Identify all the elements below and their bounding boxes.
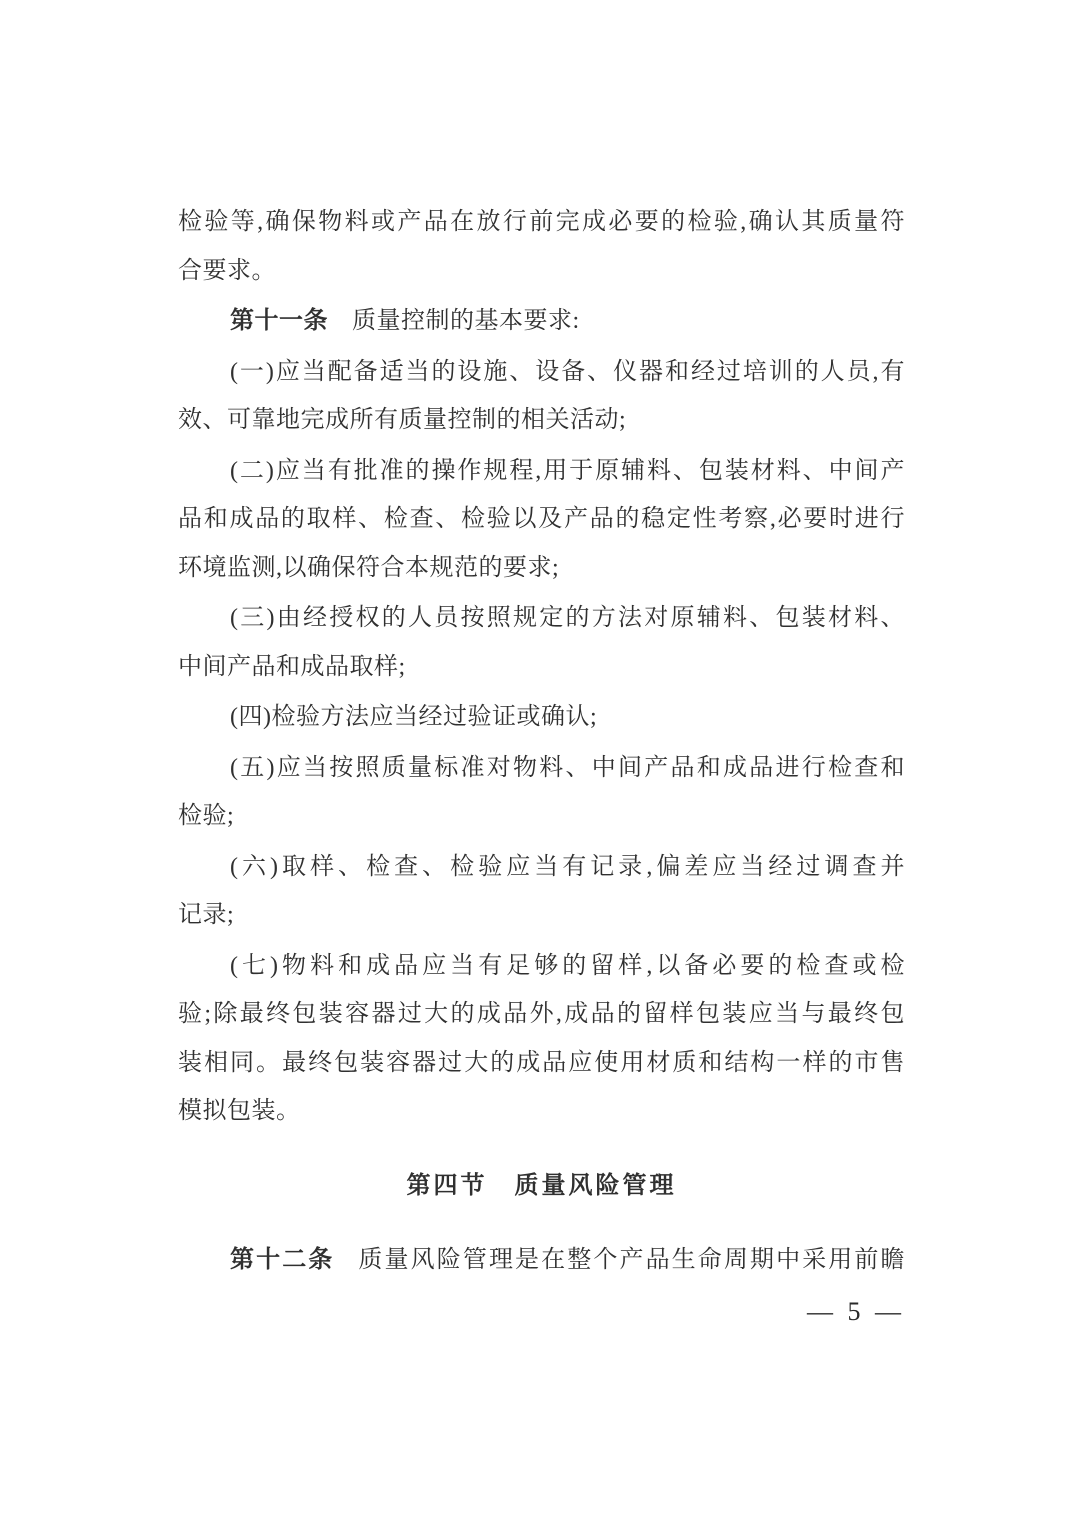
document-body: 检验等,确保物料或产品在放行前完成必要的检验,确认其质量符合要求。第十一条质量控…	[178, 198, 905, 1285]
text-line: 检验等,确保物料或产品在放行前完成必要的检验,确认其质量符	[178, 198, 905, 247]
text-line: 中间产品和成品取样;	[178, 643, 905, 692]
line-text: 环境监测,以确保符合本规范的要求;	[178, 555, 559, 581]
article-number: 第十一条	[230, 308, 328, 334]
line-text: 装相同。最终包装容器过大的成品应使用材质和结构一样的市售	[178, 1050, 905, 1076]
line-text: (五)应当按照质量标准对物料、中间产品和成品进行检查和	[230, 755, 905, 781]
page-number: — 5 —	[807, 1288, 905, 1336]
line-text: (四)检验方法应当经过验证或确认;	[230, 704, 597, 730]
text-line: (二)应当有批准的操作规程,用于原辅料、包装材料、中间产	[178, 447, 905, 496]
line-text: 模拟包装。	[178, 1098, 301, 1124]
text-line: 检验;	[178, 792, 905, 841]
section-heading: 第四节 质量风险管理	[178, 1162, 905, 1211]
line-text: 合要求。	[178, 258, 276, 284]
text-line: (五)应当按照质量标准对物料、中间产品和成品进行检查和	[178, 744, 905, 793]
line-text: (六)取样、检查、检验应当有记录,偏差应当经过调查并	[230, 854, 905, 880]
line-text: 检验等,确保物料或产品在放行前完成必要的检验,确认其质量符	[178, 209, 905, 235]
text-line: 验;除最终包装容器过大的成品外,成品的留样包装应当与最终包	[178, 990, 905, 1039]
text-line: 第十二条质量风险管理是在整个产品生命周期中采用前瞻	[178, 1236, 905, 1285]
text-line: (一)应当配备适当的设施、设备、仪器和经过培训的人员,有	[178, 348, 905, 397]
line-text: 验;除最终包装容器过大的成品外,成品的留样包装应当与最终包	[178, 1001, 905, 1027]
article-number: 第十二条	[230, 1247, 334, 1273]
text-line: 模拟包装。	[178, 1087, 905, 1136]
text-line: (四)检验方法应当经过验证或确认;	[178, 693, 905, 742]
line-text: 记录;	[178, 902, 234, 928]
text-line: (六)取样、检查、检验应当有记录,偏差应当经过调查并	[178, 843, 905, 892]
line-text: (二)应当有批准的操作规程,用于原辅料、包装材料、中间产	[230, 458, 905, 484]
text-line: 效、可靠地完成所有质量控制的相关活动;	[178, 396, 905, 445]
line-text: (一)应当配备适当的设施、设备、仪器和经过培训的人员,有	[230, 359, 905, 385]
text-line: 环境监测,以确保符合本规范的要求;	[178, 544, 905, 593]
text-line: 合要求。	[178, 247, 905, 296]
text-line: (七)物料和成品应当有足够的留样,以备必要的检查或检	[178, 942, 905, 991]
line-text: 质量控制的基本要求:	[352, 308, 580, 334]
line-text: 品和成品的取样、检查、检验以及产品的稳定性考察,必要时进行	[178, 506, 905, 532]
line-text: 效、可靠地完成所有质量控制的相关活动;	[178, 407, 626, 433]
line-text: 质量风险管理是在整个产品生命周期中采用前瞻	[358, 1247, 905, 1273]
line-text: 第四节 质量风险管理	[407, 1173, 677, 1199]
line-text: (七)物料和成品应当有足够的留样,以备必要的检查或检	[230, 953, 905, 979]
text-line: 品和成品的取样、检查、检验以及产品的稳定性考察,必要时进行	[178, 495, 905, 544]
line-text: 检验;	[178, 803, 234, 829]
text-line: 装相同。最终包装容器过大的成品应使用材质和结构一样的市售	[178, 1039, 905, 1088]
text-line: 第十一条质量控制的基本要求:	[178, 297, 905, 346]
document-page: 检验等,确保物料或产品在放行前完成必要的检验,确认其质量符合要求。第十一条质量控…	[0, 0, 1080, 1529]
text-line: (三)由经授权的人员按照规定的方法对原辅料、包装材料、	[178, 594, 905, 643]
text-line: 记录;	[178, 891, 905, 940]
line-text: (三)由经授权的人员按照规定的方法对原辅料、包装材料、	[230, 605, 905, 631]
line-text: 中间产品和成品取样;	[178, 654, 406, 680]
